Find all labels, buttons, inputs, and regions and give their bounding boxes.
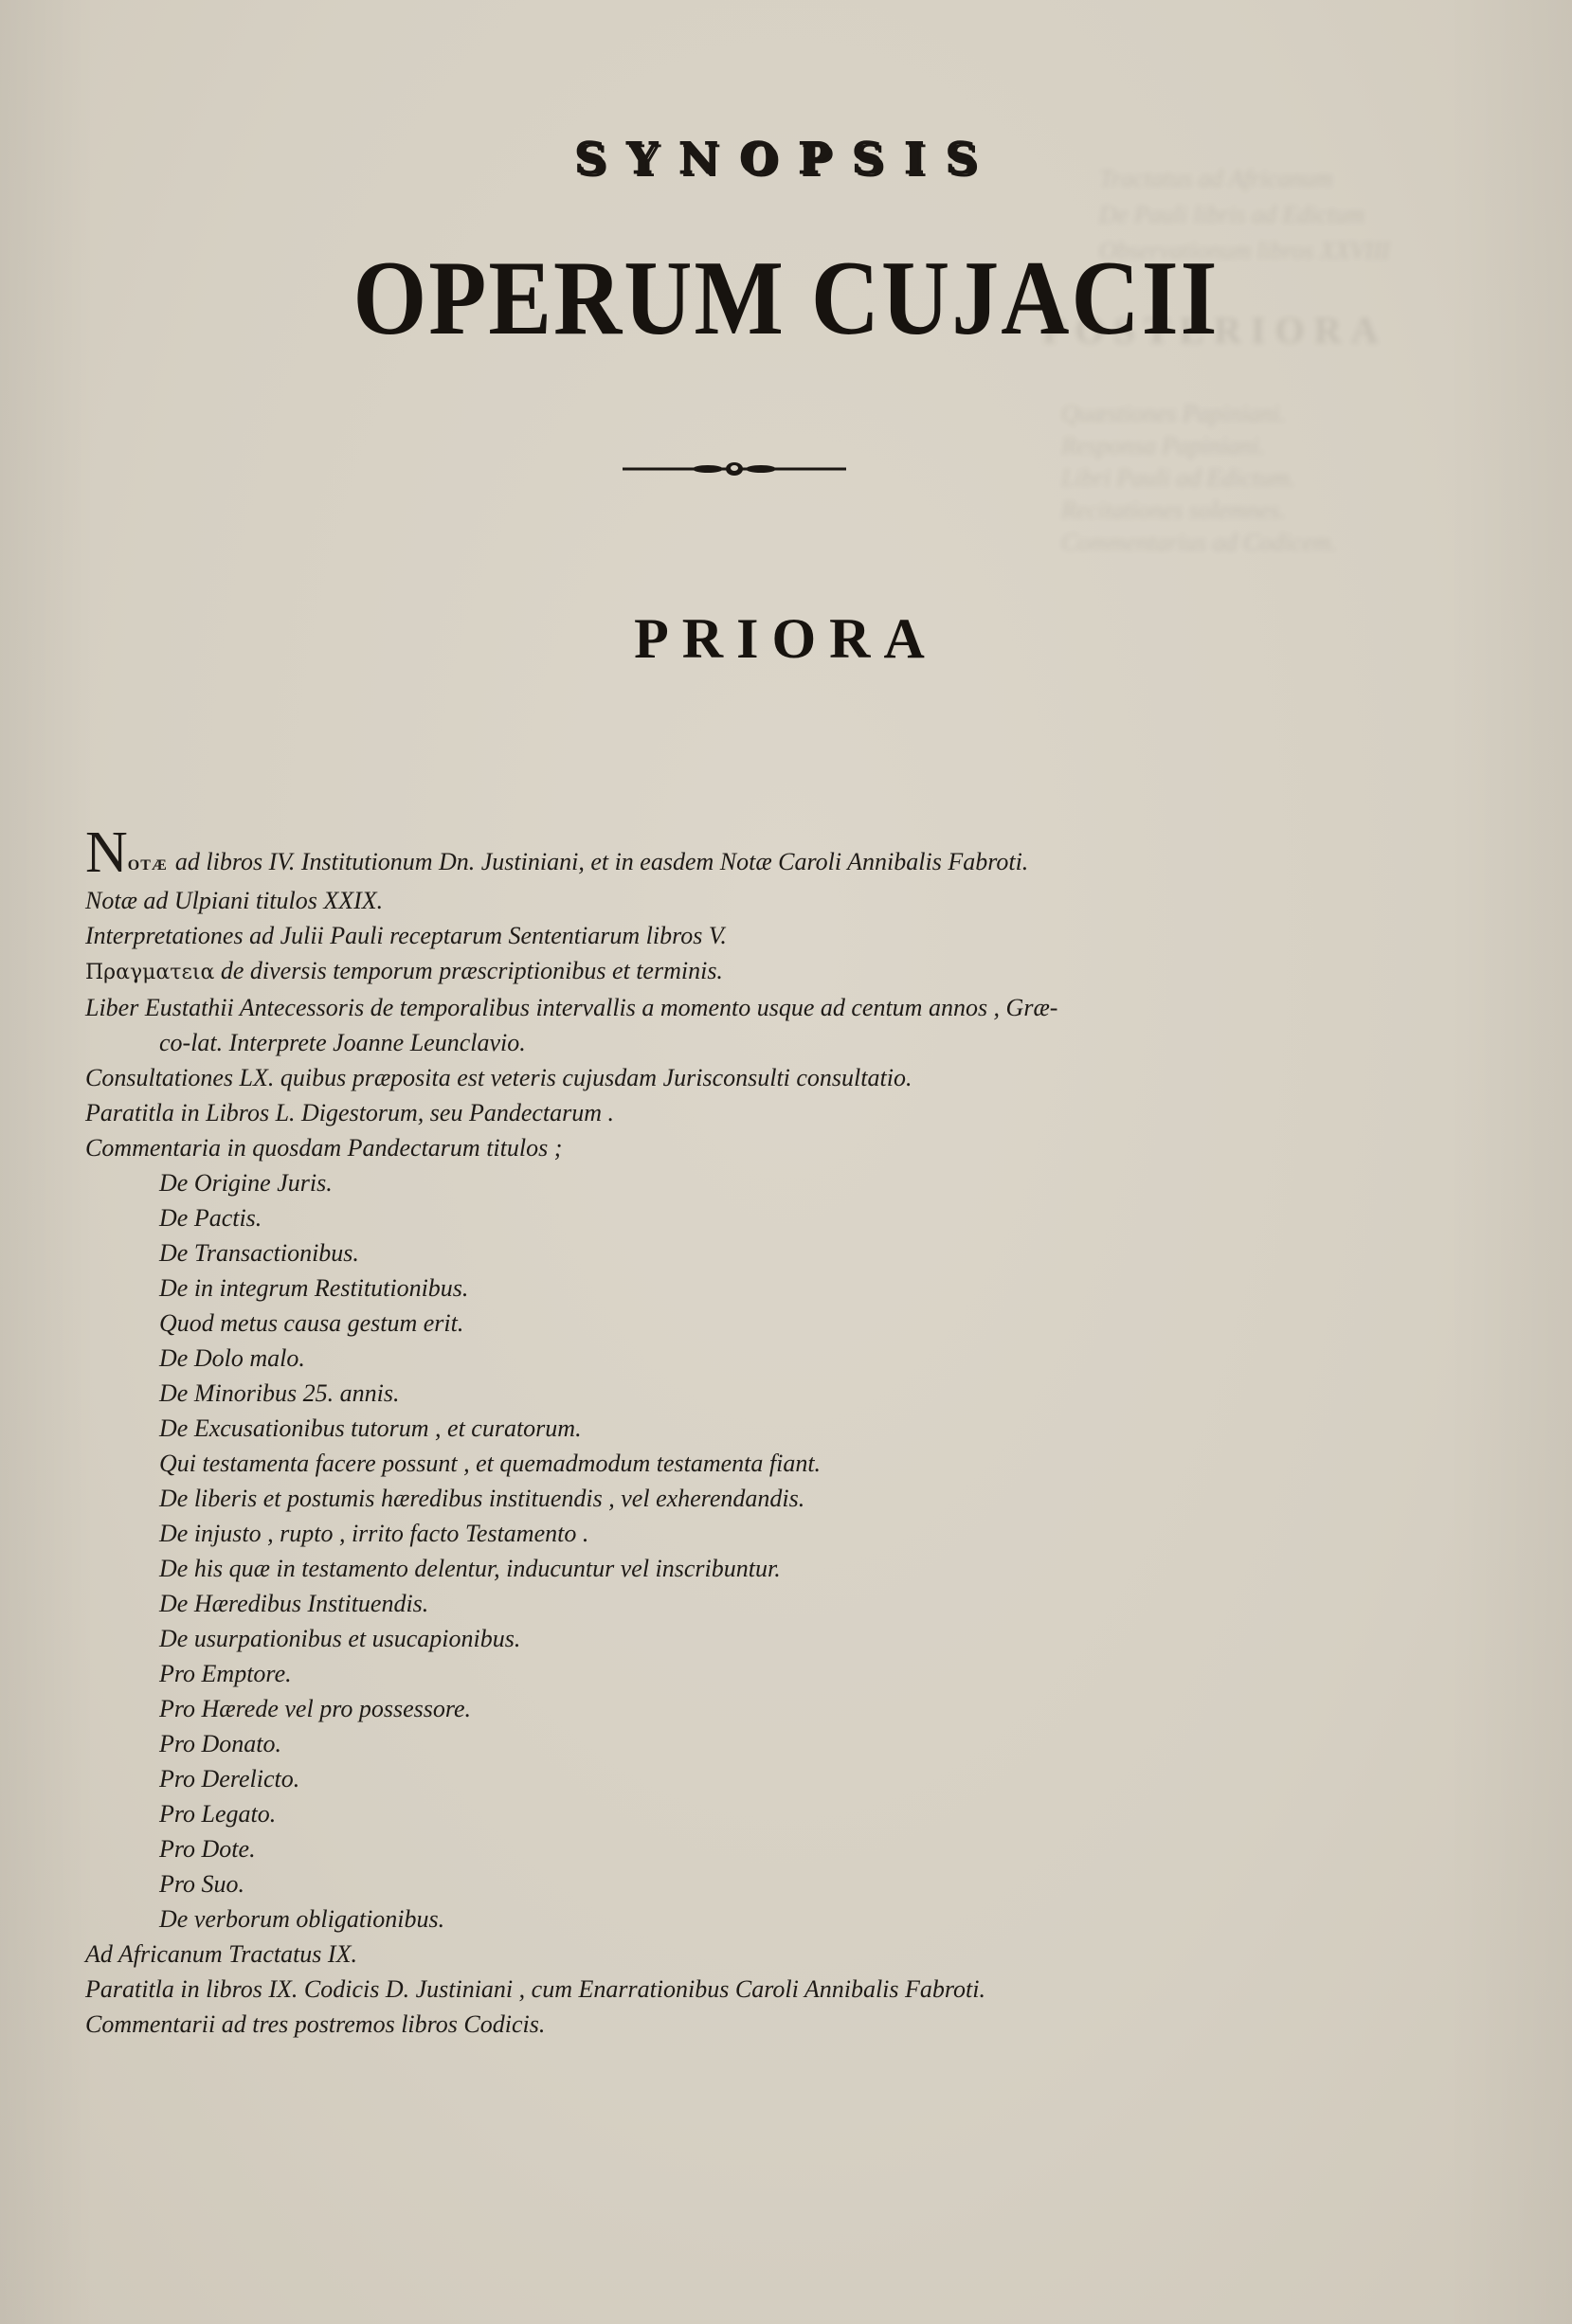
supertitle: SYNOPSIS <box>0 133 1572 184</box>
contents-subentry: De injusto , rupto , irrito facto Testam… <box>85 1516 1412 1551</box>
bleed-through-text: Quæstiones Papiniani.Responsa Papiniani.… <box>1061 398 1337 559</box>
contents-subentry: De Origine Juris. <box>85 1165 1412 1200</box>
entry-text: Paratitla in libros IX. Codicis D. Justi… <box>85 1975 985 2003</box>
contents-subentry: De Pactis. <box>85 1200 1412 1235</box>
contents-entry: Liber Eustathii Antecessoris de temporal… <box>85 990 1412 1025</box>
contents-entry: Πραγματεια de diversis temporum præscrip… <box>85 953 1412 990</box>
entry-text: Pro Suo. <box>159 1870 244 1898</box>
contents-subentry: Qui testamenta facere possunt , et quema… <box>85 1446 1412 1481</box>
entry-text: Ad Africanum Tractatus IX. <box>85 1940 357 1968</box>
entry-text: Qui testamenta facere possunt , et quema… <box>159 1450 821 1477</box>
entry-text: Commentarii ad tres postremos libros Cod… <box>85 2010 545 2038</box>
ornamental-rule-icon <box>621 459 848 478</box>
entry-text: co-lat. Interprete Joanne Leunclavio. <box>159 1029 526 1056</box>
contents-entry: Interpretationes ad Julii Pauli receptar… <box>85 918 1412 953</box>
contents-entry: Notæad libros IV. Institutionum Dn. Just… <box>85 834 1412 883</box>
contents-subentry: De Transactionibus. <box>85 1235 1412 1270</box>
contents-subentry: De Excusationibus tutorum , et curatorum… <box>85 1411 1412 1446</box>
contents-subentry: Pro Suo. <box>85 1866 1412 1901</box>
entry-text: Notæ ad Ulpiani titulos XXIX. <box>85 887 383 914</box>
entry-text: Liber Eustathii Antecessoris de temporal… <box>85 994 1057 1021</box>
page-title: OPERUM CUJACII <box>0 237 1572 359</box>
contents-subentry: De liberis et postumis hæredibus institu… <box>85 1481 1412 1516</box>
contents-entry-continuation: co-lat. Interprete Joanne Leunclavio. <box>85 1025 1412 1060</box>
contents-subentry: De Minoribus 25. annis. <box>85 1376 1412 1411</box>
entry-text: Paratitla in Libros L. Digestorum, seu P… <box>85 1099 614 1126</box>
contents-entry: Commentarii ad tres postremos libros Cod… <box>85 2007 1412 2042</box>
entry-text: Interpretationes ad Julii Pauli receptar… <box>85 922 727 949</box>
entry-text: Pro Emptore. <box>159 1660 292 1687</box>
entry-text: ad libros IV. Institutionum Dn. Justinia… <box>175 848 1028 875</box>
contents-subentry: De usurpationibus et usucapionibus. <box>85 1621 1412 1656</box>
entry-text: De liberis et postumis hæredibus institu… <box>159 1485 804 1512</box>
contents-subentry: De his quæ in testamento delentur, induc… <box>85 1551 1412 1586</box>
contents-subentry: Pro Dote. <box>85 1831 1412 1866</box>
entry-text: De Excusationibus tutorum , et curatorum… <box>159 1414 582 1442</box>
entry-text: De in integrum Restitutionibus. <box>159 1274 468 1302</box>
contents-entry: Paratitla in Libros L. Digestorum, seu P… <box>85 1095 1412 1130</box>
entry-text: Pro Dote. <box>159 1835 256 1863</box>
entry-text: De Hæredibus Instituendis. <box>159 1590 428 1617</box>
entry-text: Quod metus causa gestum erit. <box>159 1309 463 1337</box>
contents-subentry: De verborum obligationibus. <box>85 1901 1412 1937</box>
entry-text: De Origine Juris. <box>159 1169 333 1197</box>
contents-subentry: De Dolo malo. <box>85 1341 1412 1376</box>
entry-text: Pro Legato. <box>159 1800 276 1828</box>
entry-text: De Pactis. <box>159 1204 262 1232</box>
contents-subentry: Pro Emptore. <box>85 1656 1412 1691</box>
small-caps-text: otæ <box>128 857 168 874</box>
contents-subentry: De in integrum Restitutionibus. <box>85 1270 1412 1306</box>
entry-text: De injusto , rupto , irrito facto Testam… <box>159 1520 588 1547</box>
entry-text: Pro Hærede vel pro possessore. <box>159 1695 471 1722</box>
contents-entry: Commentaria in quosdam Pandectarum titul… <box>85 1130 1412 1165</box>
entry-text: De verborum obligationibus. <box>159 1905 444 1933</box>
entry-text: De Dolo malo. <box>159 1344 305 1372</box>
contents-entry: Ad Africanum Tractatus IX. <box>85 1937 1412 1972</box>
contents-subentry: Pro Derelicto. <box>85 1761 1412 1796</box>
entry-text: De Transactionibus. <box>159 1239 359 1267</box>
contents-entry: Notæ ad Ulpiani titulos XXIX. <box>85 883 1412 918</box>
entry-text: Pro Derelicto. <box>159 1765 299 1793</box>
contents-entry: Consultationes LX. quibus præposita est … <box>85 1060 1412 1095</box>
contents-subentry: Quod metus causa gestum erit. <box>85 1306 1412 1341</box>
contents-entry: Paratitla in libros IX. Codicis D. Justi… <box>85 1972 1412 2007</box>
contents-subentry: Pro Legato. <box>85 1796 1412 1831</box>
section-title: PRIORA <box>0 606 1572 672</box>
contents-subentry: De Hæredibus Instituendis. <box>85 1586 1412 1621</box>
entry-text: De Minoribus 25. annis. <box>159 1379 400 1407</box>
contents-list: Notæad libros IV. Institutionum Dn. Just… <box>85 834 1412 2042</box>
entry-text: Pro Donato. <box>159 1730 281 1757</box>
entry-text: De usurpationibus et usucapionibus. <box>159 1625 520 1652</box>
entry-text: Consultationes LX. quibus præposita est … <box>85 1064 912 1091</box>
entry-text: De his quæ in testamento delentur, induc… <box>159 1555 781 1582</box>
entry-text: Commentaria in quosdam Pandectarum titul… <box>85 1134 562 1162</box>
entry-text: de diversis temporum præscriptionibus et… <box>214 957 723 984</box>
contents-subentry: Pro Donato. <box>85 1726 1412 1761</box>
drop-cap: N <box>85 820 128 885</box>
contents-subentry: Pro Hærede vel pro possessore. <box>85 1691 1412 1726</box>
greek-word: Πραγματεια <box>85 961 214 984</box>
